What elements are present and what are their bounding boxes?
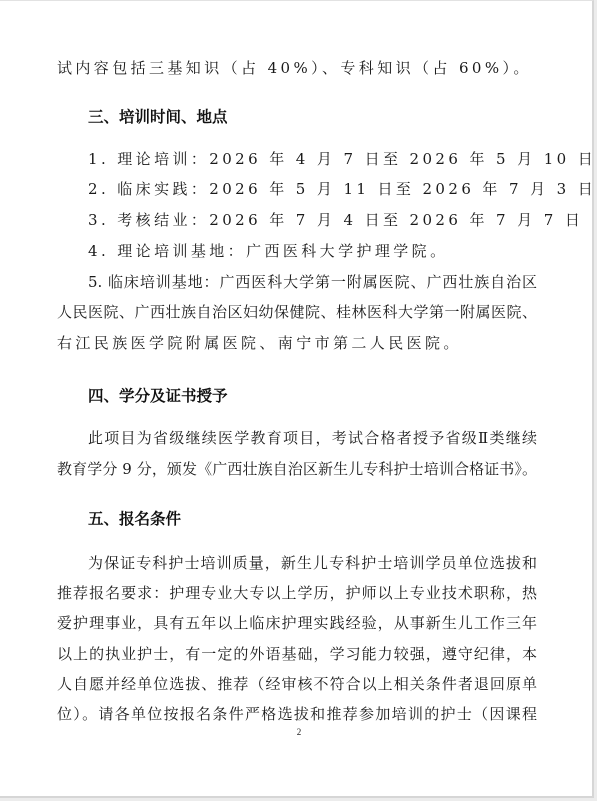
document-page: 试内容包括三基知识（占 40%）、专科知识（占 60%）。 三、培训时间、地点 …: [0, 0, 594, 798]
section-3-heading: 三、培训时间、地点: [88, 105, 228, 129]
requirements-line-2: 推荐报名要求：护理专业大专以上学历，护师以上专业技术职称，热: [57, 581, 537, 605]
section-4-heading: 四、学分及证书授予: [88, 384, 228, 408]
schedule-item-5-line-3: 右江民族医学院附属医院、南宁市第二人民医院。: [57, 331, 537, 355]
credits-line-1: 此项目为省级继续医学教育项目，考试合格者授予省级Ⅱ类继续: [88, 426, 537, 450]
schedule-item-1: 1. 理论培训：2026 年 4 月 7 日至 2026 年 5 月 10 日: [88, 147, 537, 171]
requirements-line-6: 位）。请各单位按报名条件严格选拔和推荐参加培训的护士（因课程: [57, 702, 537, 726]
schedule-item-4: 4. 理论培训基地：广西医科大学护理学院。: [88, 239, 537, 263]
schedule-item-5-line-2: 人民医院、广西壮族自治区妇幼保健院、桂林医科大学第一附属医院、: [57, 300, 537, 324]
requirements-line-5: 人自愿并经单位选拔、推荐（经审核不符合以上相关条件者退回原单: [57, 672, 537, 696]
requirements-line-1: 为保证专科护士培训质量，新生儿专科护士培训学员单位选拔和: [88, 551, 537, 575]
intro-line: 试内容包括三基知识（占 40%）、专科知识（占 60%）。: [57, 56, 537, 80]
page-number: 2: [294, 727, 304, 737]
requirements-line-3: 爱护理事业，具有五年以上临床护理实践经验，从事新生儿工作三年: [57, 611, 537, 635]
credits-line-2: 教育学分 9 分，颁发《广西壮族自治区新生儿专科护士培训合格证书》。: [57, 457, 537, 481]
section-5-heading: 五、报名条件: [88, 507, 181, 531]
schedule-item-5-line-1: 5. 临床培训基地：广西医科大学第一附属医院、广西壮族自治区: [88, 270, 537, 294]
schedule-item-3: 3. 考核结业：2026 年 7 月 4 日至 2026 年 7 月 7 日: [88, 208, 537, 232]
schedule-item-2: 2. 临床实践：2026 年 5 月 11 日至 2026 年 7 月 3 日: [88, 177, 537, 201]
requirements-line-4: 以上的执业护士，有一定的外语基础，学习能力较强，遵守纪律，本: [57, 642, 537, 666]
